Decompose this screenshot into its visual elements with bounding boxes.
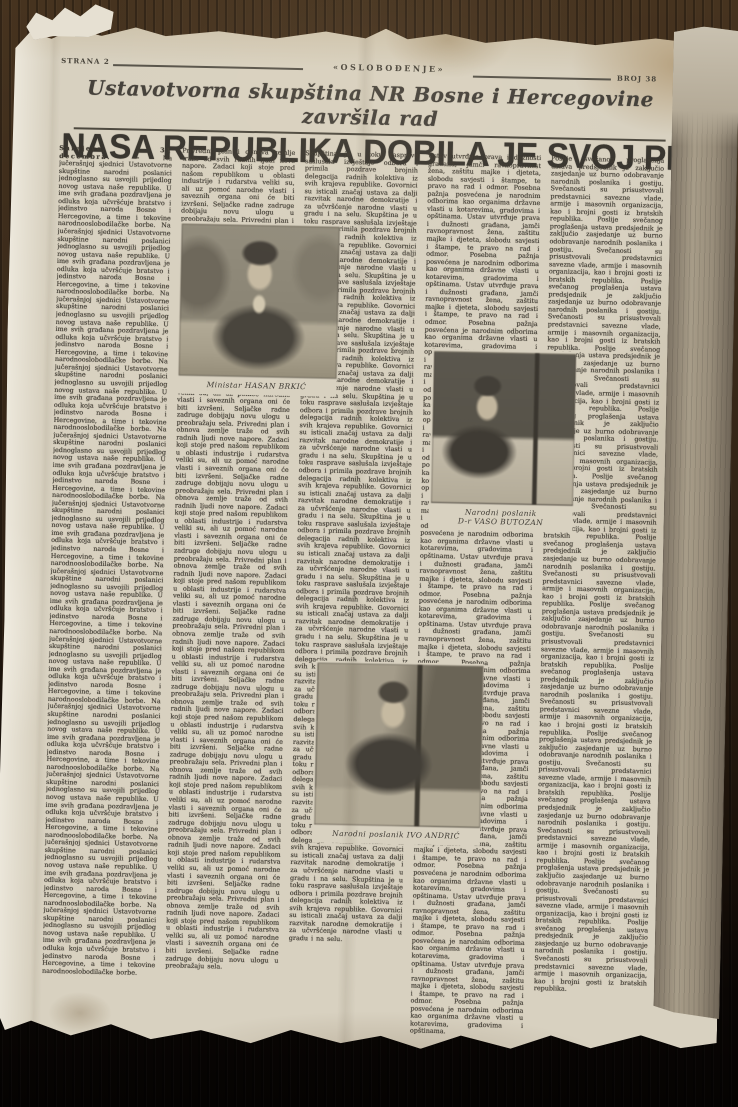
header-rule-left: [113, 64, 303, 70]
figure-caption: Ministar HASAN BRKIĆ: [178, 380, 334, 392]
torn-paper-fragment: [25, 2, 115, 41]
column-text: Poslije svečanog proglašenja ustava pred…: [534, 155, 665, 993]
body-column-1: Sarajevo, 31 decembra. — Na jučerašnjoj …: [41, 145, 173, 1033]
body-column-5: Poslije svečanog proglašenja ustava pred…: [533, 155, 665, 1043]
deputy-butozan-photo: [431, 351, 576, 506]
figure-caption: Narodni poslanik IVO ANDRIĆ: [314, 828, 478, 840]
figure-caption: Narodni poslanik D-r VASO BUTOZAN: [431, 507, 571, 528]
page-number: STRANA 2: [61, 57, 110, 66]
caption-line-2: D-r VASO BUTOZAN: [458, 516, 543, 527]
header-rule-right: [473, 76, 611, 81]
body-column-4: Ustav utvrđuje prava i dužnosti građana,…: [410, 153, 542, 1041]
book-page-stack-edge-top: [671, 26, 738, 147]
column-text: Ustav utvrđuje prava i dužnosti građana,…: [410, 153, 541, 1036]
figure-minister: Ministar HASAN BRKIĆ: [176, 222, 340, 397]
minister-photo: [179, 224, 340, 379]
deputy-andric-photo: [314, 662, 483, 827]
issue-number: BROJ 38: [617, 75, 657, 84]
column-text: Na jučerašnjoj sjednici Ustavotvorne sku…: [42, 154, 172, 977]
newspaper-masthead: «OSLOBOĐENJE»: [309, 62, 469, 74]
figure-deputy-andric: Narodni poslanik IVO ANDRIĆ: [312, 660, 484, 845]
photo-of-newspaper-on-wood: STRANA 2 «OSLOBOĐENJE» BROJ 38 Ustavotvo…: [0, 0, 738, 1107]
figure-deputy-butozan: Narodni poslanik D-r VASO BUTOZAN: [428, 349, 576, 533]
newspaper-page: STRANA 2 «OSLOBOĐENJE» BROJ 38 Ustavotvo…: [0, 20, 738, 1057]
